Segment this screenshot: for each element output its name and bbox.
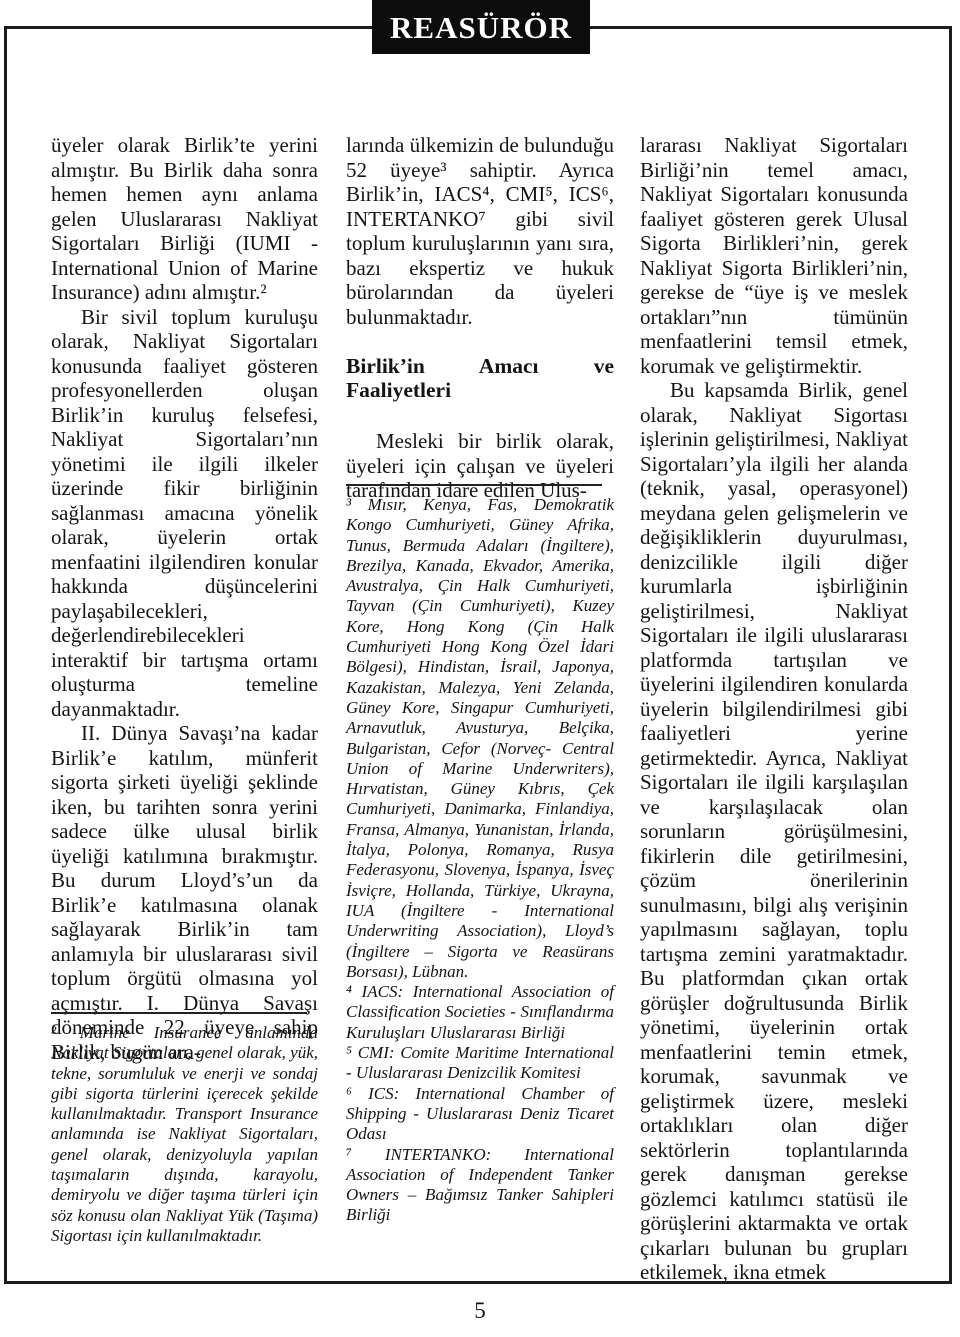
paragraph: Bir sivil toplum kuruluşu olarak, Nakliy…	[51, 305, 318, 722]
column-3: lararası Nakliyat Sigortaları Birliği’ni…	[640, 133, 908, 1285]
masthead: REASÜRÖR	[372, 0, 590, 54]
journal-title: REASÜRÖR	[390, 12, 572, 43]
paragraph: larında ülkemizin de bulunduğu 52 üyeye³…	[346, 133, 614, 329]
column-1: üyeler olarak Birlik’te yerini almıştır.…	[51, 133, 318, 1064]
footnote: ⁷ INTERTANKO: International Association …	[346, 1145, 614, 1226]
footnote-block-2: ³ Mısır, Kenya, Fas, Demokratik Kongo Cu…	[346, 484, 614, 1226]
footnote: ³ Mısır, Kenya, Fas, Demokratik Kongo Cu…	[346, 495, 614, 982]
footnote: ² Marine Insurance anlamında Nakliyat Si…	[51, 1023, 318, 1246]
footnote-block-1: ² Marine Insurance anlamında Nakliyat Si…	[51, 1012, 318, 1246]
footnote-separator	[51, 1012, 307, 1014]
paragraph: üyeler olarak Birlik’te yerini almıştır.…	[51, 133, 318, 305]
section-heading: Birlik’in Amacı ve Faaliyetleri	[346, 354, 614, 402]
footnote: ⁵ CMI: Comite Maritime International - U…	[346, 1043, 614, 1084]
footnote-separator	[346, 484, 602, 486]
page-number: 5	[0, 1299, 960, 1322]
footnote: ⁴ IACS: International Association of Cla…	[346, 982, 614, 1043]
paragraph: Bu kapsamda Birlik, genel olarak, Nakliy…	[640, 378, 908, 1285]
document-page: REASÜRÖR üyeler olarak Birlik’te yerini …	[0, 0, 960, 1337]
paragraph: lararası Nakliyat Sigortaları Birliği’ni…	[640, 133, 908, 378]
footnote: ⁶ ICS: International Chamber of Shipping…	[346, 1084, 614, 1145]
column-2: larında ülkemizin de bulunduğu 52 üyeye³…	[346, 133, 614, 503]
